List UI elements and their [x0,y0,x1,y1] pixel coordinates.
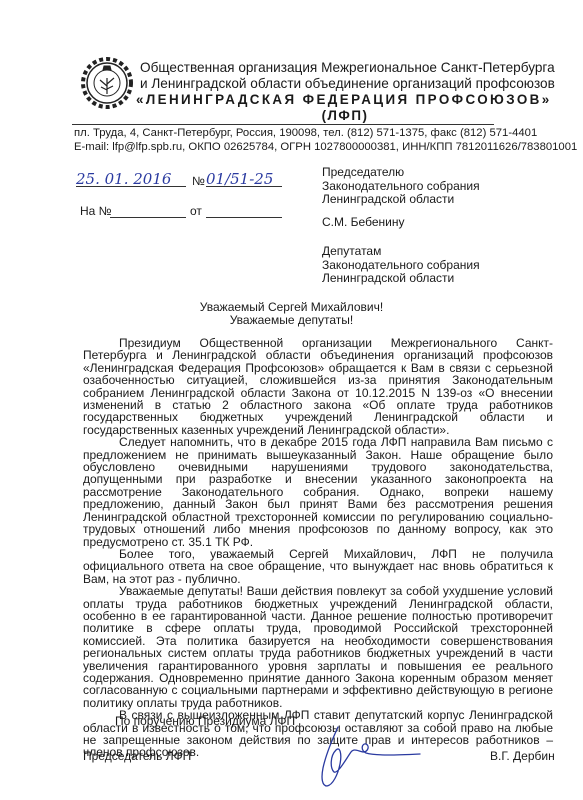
paragraph: Более того, уважаемый Сергей Михайлович,… [83,548,553,585]
reply-number-field [110,201,186,218]
org-abbreviation: (ЛФП) [140,108,550,124]
recipient-line: Председателю [322,166,480,180]
reply-number [110,201,186,218]
organization-header: Общественная организация Межрегиональное… [140,60,550,124]
recipient-block: Председателю Законодательного собрания Л… [322,166,480,295]
reply-date-label: от [190,204,202,218]
recipient-line: С.М. Бебенину [322,216,480,230]
signer-title: Председатель ЛФП [83,749,191,763]
address-line: пл. Труда, 4, Санкт-Петербург, Россия, 1… [74,126,577,140]
mandate-line: По поручению Президиума ЛФП [115,714,295,728]
number-label: № [192,174,205,188]
union-emblem-icon [80,56,134,110]
outgoing-number: 01/51-25 [206,170,273,188]
paragraph: Уважаемые депутаты! Ваши действия повлек… [83,585,553,709]
reply-number-label: На № [80,204,112,218]
recipient-line: Законодательного собрания [322,180,480,194]
recipient-line: Законодательного собрания [322,259,480,273]
recipient-deputies: Депутатам Законодательного собрания Лени… [322,245,480,286]
reply-date-field [206,201,282,218]
recipient-line: Ленинградской области [322,272,480,286]
signer-name: В.Г. Дербин [490,749,555,763]
outgoing-number-field: 01/51-25 [206,170,282,187]
recipient-line: Ленинградской области [322,193,480,207]
signature-icon [318,724,428,790]
contact-details: пл. Труда, 4, Санкт-Петербург, Россия, 1… [74,126,577,154]
org-name-line-1: Общественная организация Межрегиональное… [140,60,550,76]
recipient-person: С.М. Бебенину [322,216,480,230]
paragraph: Президиум Общественной организации Межре… [83,337,553,436]
org-name-line-2: и Ленинградской области объединение орга… [140,76,550,92]
recipient-chairman: Председателю Законодательного собрания Л… [322,166,480,207]
outgoing-date-field: 25. 01. 2016 [76,170,186,187]
header-divider [72,124,494,125]
salutation: Уважаемый Сергей Михайлович! Уважаемые д… [0,301,583,327]
outgoing-date: 25. 01. 2016 [76,170,171,188]
recipient-line: Депутатам [322,245,480,259]
salutation-line-2: Уважаемые депутаты! [0,314,583,327]
org-name-title: «ЛЕНИНГРАДСКАЯ ФЕДЕРАЦИЯ ПРОФСОЮЗОВ» [136,92,550,108]
registry-line: E-mail: lfp@lfp.spb.ru, ОКПО 02625784, О… [74,140,577,154]
letter-body: Президиум Общественной организации Межре… [83,337,553,759]
paragraph: Следует напомнить, что в декабре 2015 го… [83,436,553,548]
reply-date [206,201,282,218]
